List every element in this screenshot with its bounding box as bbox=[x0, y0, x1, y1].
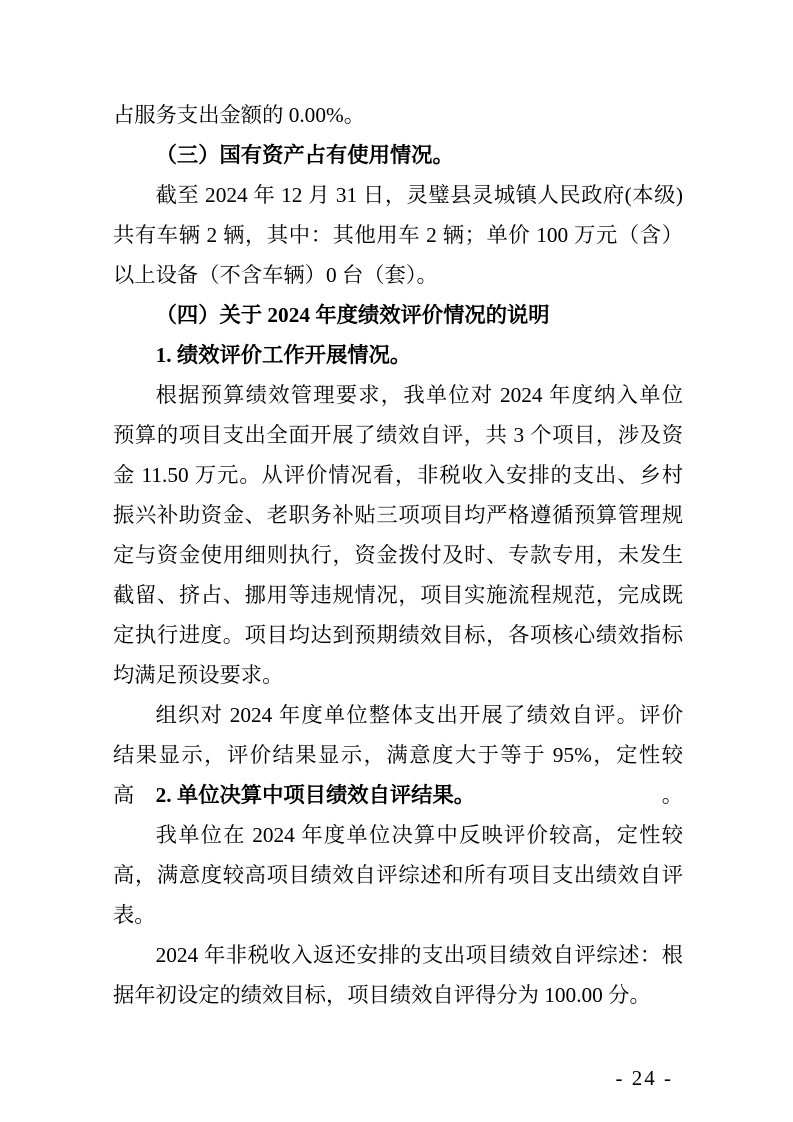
body-line: 表。 bbox=[113, 895, 683, 935]
body-line: 振兴补助资金、老职务补贴三项项目均严格遵循预算管理规 bbox=[113, 495, 683, 535]
body-line: 截至 2024 年 12 月 31 日，灵璧县灵城镇人民政府(本级) bbox=[113, 175, 683, 215]
body-line: 根据预算绩效管理要求，我单位对 2024 年度纳入单位 bbox=[113, 375, 683, 415]
body-line: 定执行进度。项目均达到预期绩效目标，各项核心绩效指标 bbox=[113, 615, 683, 655]
section-heading-state-assets: （三）国有资产占有使用情况。 bbox=[113, 135, 683, 175]
body-line: 我单位在 2024 年度单位决算中反映评价较高，定性较 bbox=[113, 815, 683, 855]
body-line: 组织对 2024 年度单位整体支出开展了绩效自评。评价 bbox=[113, 695, 683, 735]
document-body: 占服务支出金额的 0.00%。 （三）国有资产占有使用情况。 截至 2024 年… bbox=[113, 95, 683, 1015]
body-line: 占服务支出金额的 0.00%。 bbox=[113, 95, 683, 135]
body-line: 共有车辆 2 辆，其中：其他用车 2 辆；单价 100 万元（含） bbox=[113, 215, 683, 255]
body-line: 高，满意度较高项目绩效自评综述和所有项目支出绩效自评 bbox=[113, 855, 683, 895]
body-line: 2024 年非税收入返还安排的支出项目绩效自评综述：根 bbox=[113, 935, 683, 975]
document-page: 占服务支出金额的 0.00%。 （三）国有资产占有使用情况。 截至 2024 年… bbox=[0, 0, 793, 1122]
page-number: - 24 - bbox=[616, 1058, 674, 1098]
body-line: 以上设备（不含车辆）0 台（套）。 bbox=[113, 255, 683, 295]
body-line: 定与资金使用细则执行，资金拨付及时、专款专用，未发生 bbox=[113, 535, 683, 575]
body-line: 据年初设定的绩效目标，项目绩效自评得分为 100.00 分。 bbox=[113, 975, 683, 1015]
body-line: 均满足预设要求。 bbox=[113, 655, 683, 695]
section-heading-performance-evaluation: （四）关于 2024 年度绩效评价情况的说明 bbox=[113, 295, 683, 335]
body-line: 金 11.50 万元。从评价情况看，非税收入安排的支出、乡村 bbox=[113, 455, 683, 495]
body-line: 预算的项目支出全面开展了绩效自评，共 3 个项目，涉及资 bbox=[113, 415, 683, 455]
body-line: 结果显示，评价结果显示，满意度大于等于 95%，定性较高。 bbox=[113, 735, 683, 775]
body-line: 截留、挤占、挪用等违规情况，项目实施流程规范，完成既 bbox=[113, 575, 683, 615]
subsection-heading-evaluation-work: 1. 绩效评价工作开展情况。 bbox=[113, 335, 683, 375]
